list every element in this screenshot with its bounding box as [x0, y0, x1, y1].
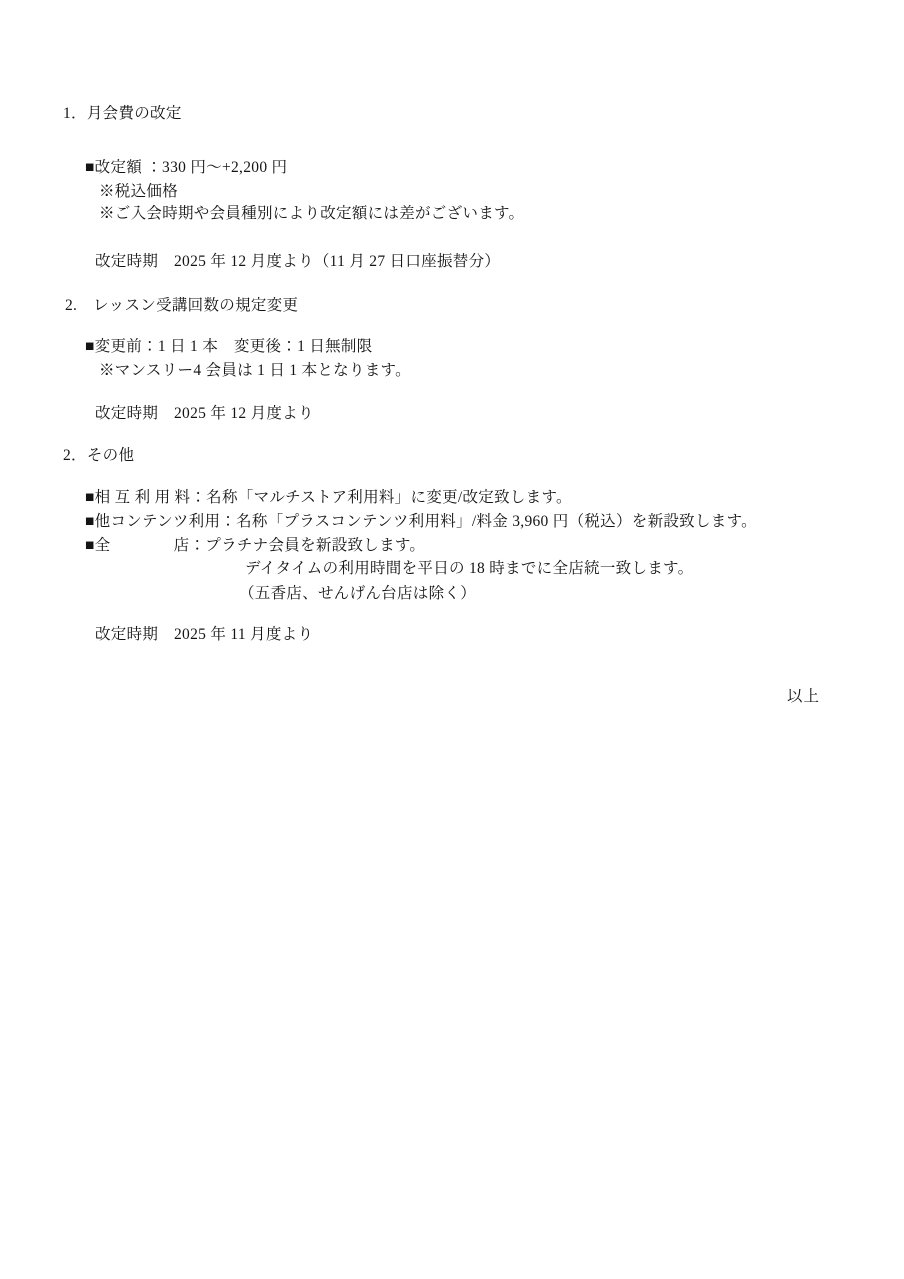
section3-schedule: 改定時期 2025 年 11 月度より [95, 625, 313, 645]
section2-change-line: ■変更前：1 日 1 本 変更後：1 日無制限 [85, 337, 373, 357]
section3-heading: 2．その他 [63, 446, 134, 466]
section1-amount-line: ■改定額 ：330 円～+2,200 円 [85, 158, 287, 178]
section1-note-difference: ※ご入会時期や会員種別により改定額には差がございます。 [99, 204, 524, 224]
section3-daytime-line: デイタイムの利用時間を平日の 18 時までに全店統一致します。 [245, 559, 693, 579]
section3-mutual-fee-line: ■相 互 利 用 料：名称「マルチストア利用料」に変更/改定致します。 [85, 488, 572, 508]
section1-heading: 1．月会費の改定 [63, 104, 182, 124]
section2-schedule: 改定時期 2025 年 12 月度より [95, 404, 314, 424]
section3-exclusion-line: （五香店、せんげん台店は除く） [239, 584, 476, 604]
section2-heading: 2. レッスン受講回数の規定変更 [65, 296, 298, 316]
section1-note-tax: ※税込価格 [99, 182, 178, 202]
section2-note-monthly4: ※マンスリー4 会員は 1 日 1 本となります。 [99, 361, 411, 381]
document-page: 1．月会費の改定 ■改定額 ：330 円～+2,200 円 ※税込価格 ※ご入会… [0, 0, 904, 1279]
section3-all-stores-line: ■全 店：プラチナ会員を新設致します。 [85, 536, 425, 556]
closing-ijou: 以上 [787, 687, 820, 707]
section3-other-content-line: ■他コンテンツ利用：名称「プラスコンテンツ利用料」/料金 3,960 円（税込）… [85, 512, 757, 532]
section1-schedule: 改定時期 2025 年 12 月度より（11 月 27 日口座振替分） [95, 252, 500, 272]
